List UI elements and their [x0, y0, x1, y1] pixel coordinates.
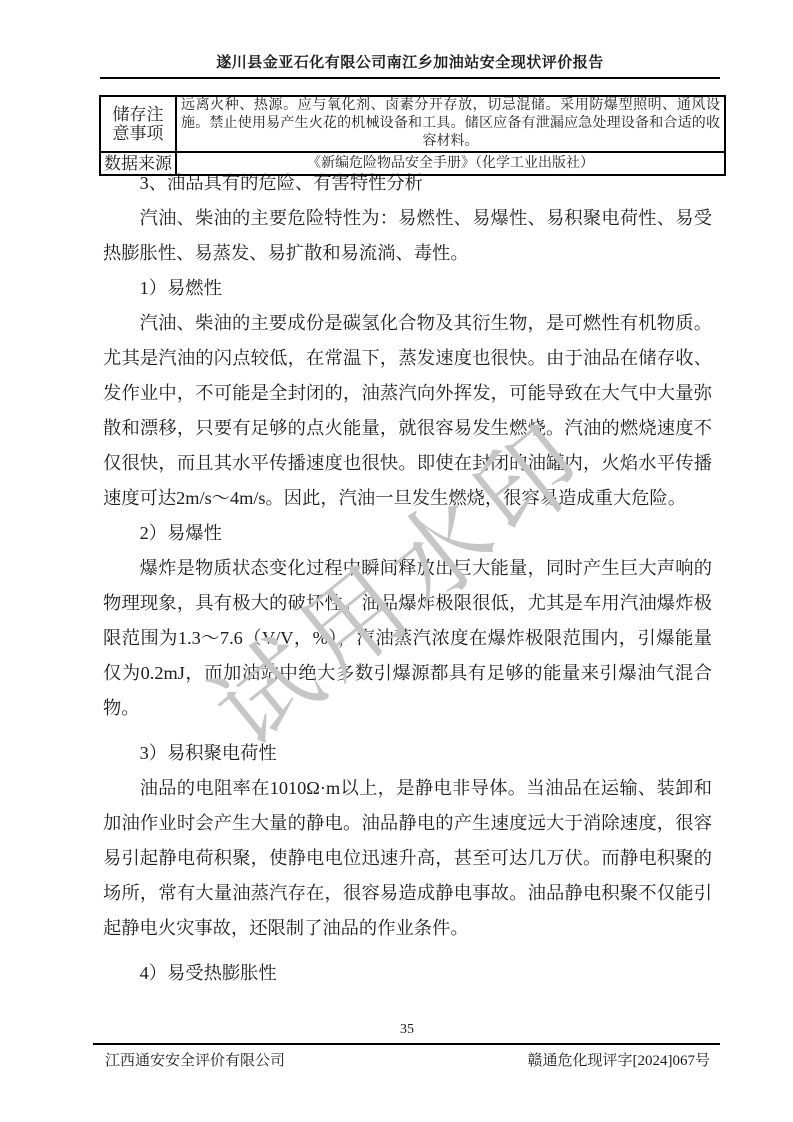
table-row-label: 储存注 意事项 [100, 96, 176, 152]
table-row-label: 数据来源 [100, 152, 176, 175]
paragraph: 汽油、柴油的主要危险特性为：易燃性、易爆性、易积聚电荷性、易受热膨胀性、易蒸发、… [103, 201, 712, 271]
section-heading: 2）易爆性 [103, 516, 712, 551]
report-header: 遂川县金亚石化有限公司南江乡加油站安全现状评价报告 [100, 54, 720, 79]
storage-info-table: 储存注 意事项远离火种、热源。应与氧化剂、卤素分开存放，切忌混储。采用防爆型照明… [99, 95, 726, 176]
table-row: 储存注 意事项远离火种、热源。应与氧化剂、卤素分开存放，切忌混储。采用防爆型照明… [100, 96, 725, 152]
section-heading: 4）易受热膨胀性 [103, 956, 712, 991]
page-footer: 江西通安安全评价有限公司 赣通危化现评字[2024]067号 [93, 1043, 720, 1070]
section-heading: 3）易积聚电荷性 [103, 736, 712, 771]
body-text: 3、油品具有的危险、有害特性分析汽油、柴油的主要危险特性为：易燃性、易爆性、易积… [103, 166, 712, 991]
table-row: 数据来源《新编危险物品安全手册》（化学工业出版社） [100, 152, 725, 175]
paragraph: 汽油、柴油的主要成份是碳氢化合物及其衍生物，是可燃性有机物质。尤其是汽油的闪点较… [103, 306, 712, 516]
page-number: 35 [100, 1022, 714, 1038]
document-page: 试用水印 遂川县金亚石化有限公司南江乡加油站安全现状评价报告 储存注 意事项远离… [0, 0, 793, 1122]
paragraph: 油品的电阻率在1010Ω·m以上，是静电非导体。当油品在运输、装卸和加油作业时会… [103, 771, 712, 946]
table-row-content: 《新编危险物品安全手册》（化学工业出版社） [176, 152, 725, 175]
section-heading: 1）易燃性 [103, 271, 712, 306]
table-row-content: 远离火种、热源。应与氧化剂、卤素分开存放，切忌混储。采用防爆型照明、通风设施。禁… [176, 96, 725, 152]
report-title: 遂川县金亚石化有限公司南江乡加油站安全现状评价报告 [100, 54, 720, 72]
paragraph: 爆炸是物质状态变化过程中瞬间释放出巨大能量，同时产生巨大声响的物理现象，具有极大… [103, 551, 712, 726]
footer-document-number: 赣通危化现评字[2024]067号 [528, 1049, 711, 1070]
footer-company: 江西通安安全评价有限公司 [105, 1049, 285, 1070]
